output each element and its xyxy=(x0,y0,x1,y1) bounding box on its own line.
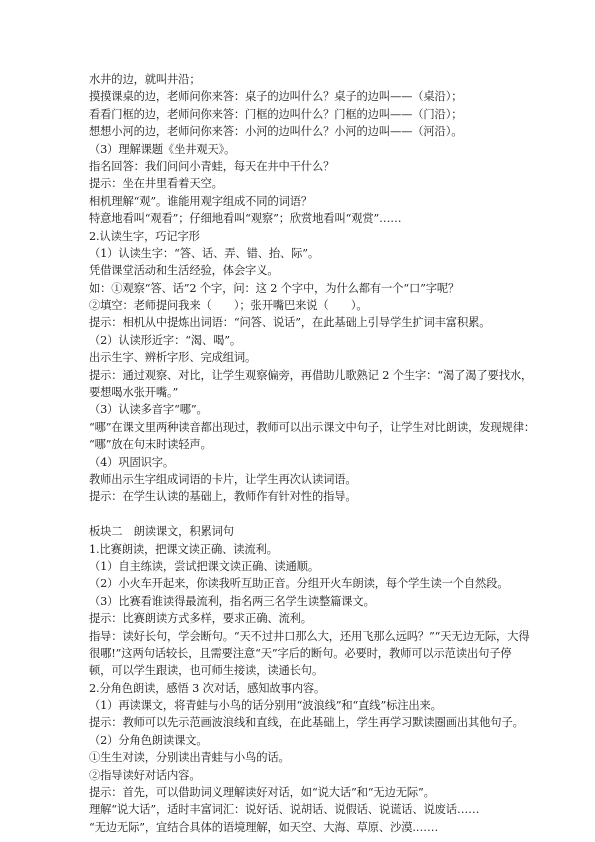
text-line: 要想喝水张开嘴。” xyxy=(89,384,519,401)
text-line: ①生生对读，分别读出青蛙与小鸟的话。 xyxy=(89,749,519,766)
text-line: 凭借课堂活动和生活经验，体会字义。 xyxy=(89,262,519,279)
hint-line: 提示：在学生认读的基础上，教师作有针对性的指导。 xyxy=(89,488,519,505)
text-line: 如：①观察“答、话”2 个字，问：这 2 个字中，为什么都有一个“口”字呢？ xyxy=(89,280,519,297)
text-line: “无边无际”，宜结合具体的语境理解，如天空、大海、草原、沙漠.…… xyxy=(89,819,519,836)
subheading: （2）分角色朗读课文。 xyxy=(89,732,519,749)
text-line: ②指导读好对话内容。 xyxy=(89,767,519,784)
subheading: （1）认读生字：“答、话、弄、错、抬、际”。 xyxy=(89,245,519,262)
subheading: （2）认读形近字：“渴、喝”。 xyxy=(89,332,519,349)
text-line: （3）比赛看谁读得最流利，指名两三名学生读整篇课文。 xyxy=(89,593,519,610)
document-page: 水井的边，就叫井沿； 摸摸课桌的边，老师问你来答：桌子的边叫什么？桌子的边叫——… xyxy=(89,71,519,836)
text-line: 指导：读好长句，学会断句。“天不过井口那么大，还用飞那么远吗？”“天无边无际，大… xyxy=(89,628,519,645)
hint-line: 提示：比赛朗读方式多样，要求正确、流利。 xyxy=(89,610,519,627)
subheading: （3）理解课题《坐井观天》。 xyxy=(89,141,519,158)
subheading: （4）巩固识字。 xyxy=(89,454,519,471)
text-line: “哪”放在句末时读轻声。 xyxy=(89,436,519,453)
text-line: “哪”在课文里两种读音都出现过，教师可以出示课文中句子，让学生对比朗读，发现规律… xyxy=(89,419,519,436)
text-line: 水井的边，就叫井沿； xyxy=(89,71,519,88)
text-line: （1）自主练读，尝试把课文读正确、读通顺。 xyxy=(89,558,519,575)
text-line: ②填空：老师提问我来（ ）；张开嘴巴来说（ ）。 xyxy=(89,297,519,314)
text-line: 相机理解“观”。谁能用观字组成不同的词语？ xyxy=(89,193,519,210)
section-lesson-continuation: 水井的边，就叫井沿； 摸摸课桌的边，老师问你来答：桌子的边叫什么？桌子的边叫——… xyxy=(89,71,519,506)
text-line: 出示生字、辨析字形、完成组词。 xyxy=(89,349,519,366)
hint-line: 提示：坐在井里看着天空。 xyxy=(89,175,519,192)
text-line: 特意地看叫“观看”；仔细地看叫“观察”；欣赏地看叫“观赏”…… xyxy=(89,210,519,227)
section-heading: 1.比赛朗读，把课文读正确、读流利。 xyxy=(89,541,519,558)
text-line: 看看门框的边，老师问你来答：门框的边叫什么？门框的边叫——（门沿）； xyxy=(89,106,519,123)
subheading: （3）认读多音字“哪”。 xyxy=(89,401,519,418)
block-heading: 板块二 朗读课文，积累词句 xyxy=(89,523,519,540)
text-line: 想想小河的边，老师问你来答：小河的边叫什么？小河的边叫——（河沿）。 xyxy=(89,123,519,140)
text-line: 指名回答：我们问问小青蛙，每天在井中干什么？ xyxy=(89,158,519,175)
hint-line: 提示：通过观察、对比，让学生观察偏旁，再借助儿歌熟记 2 个生字：“渴了渴了要找… xyxy=(89,367,519,384)
text-line: 顿，可以学生跟读，也可师生接读，读通长句。 xyxy=(89,662,519,679)
section-heading: 2.分角色朗读，感悟 3 次对话，感知故事内容。 xyxy=(89,680,519,697)
hint-line: 提示：首先，可以借助词义理解读好对话，如“说大话”和“无边无际”。 xyxy=(89,784,519,801)
text-line: 理解“说大话”，适时丰富词汇：说好话、说胡话、说假话、说谎话、说废话…… xyxy=(89,801,519,818)
text-line: 很哪!”这两句话较长，且需要注意“天”字后的断句。必要时，教师可以示范读出句子停 xyxy=(89,645,519,662)
text-line: 摸摸课桌的边，老师问你来答：桌子的边叫什么？桌子的边叫——（桌沿）； xyxy=(89,88,519,105)
hint-line: 提示：教师可以先示范画波浪线和直线，在此基础上，学生再学习默读圈画出其他句子。 xyxy=(89,714,519,731)
text-line: （1）再读课文，将青蛙与小鸟的话分别用“波浪线”和“直线”标注出来。 xyxy=(89,697,519,714)
section-block-two: 板块二 朗读课文，积累词句 1.比赛朗读，把课文读正确、读流利。 （1）自主练读… xyxy=(89,523,519,836)
text-line: 教师出示生字组成词语的卡片，让学生再次认读词语。 xyxy=(89,471,519,488)
section-heading: 2.认读生字，巧记字形 xyxy=(89,228,519,245)
text-line: （2）小火车开起来，你读我听互助正音。分组开火车朗读，每个学生读一个自然段。 xyxy=(89,575,519,592)
hint-line: 提示：相机从中提炼出词语：“问答、说话”，在此基础上引导学生扩词丰富积累。 xyxy=(89,314,519,331)
paragraph-spacer xyxy=(89,506,519,523)
